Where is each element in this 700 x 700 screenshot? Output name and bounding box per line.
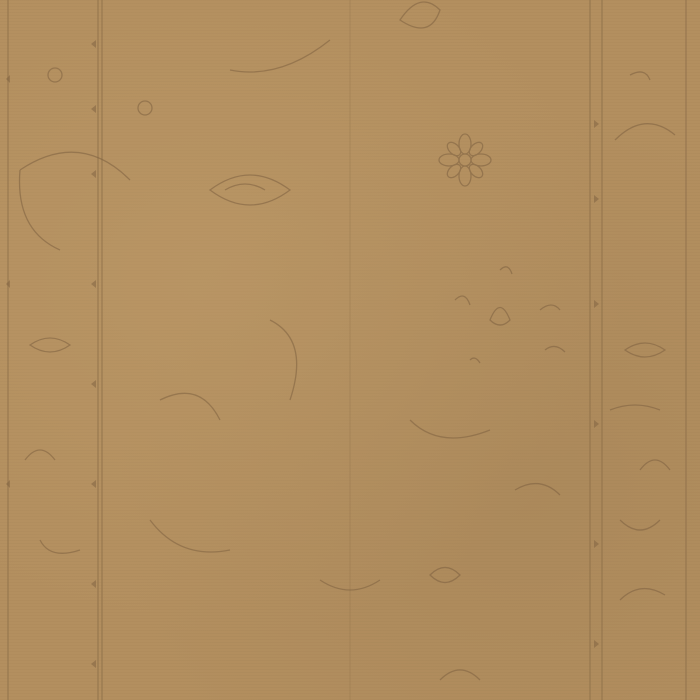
rug-pattern bbox=[0, 0, 700, 700]
border-lines bbox=[8, 0, 686, 700]
floral-motifs bbox=[20, 2, 676, 680]
rug-image bbox=[0, 0, 700, 700]
border-triangles bbox=[6, 40, 599, 668]
